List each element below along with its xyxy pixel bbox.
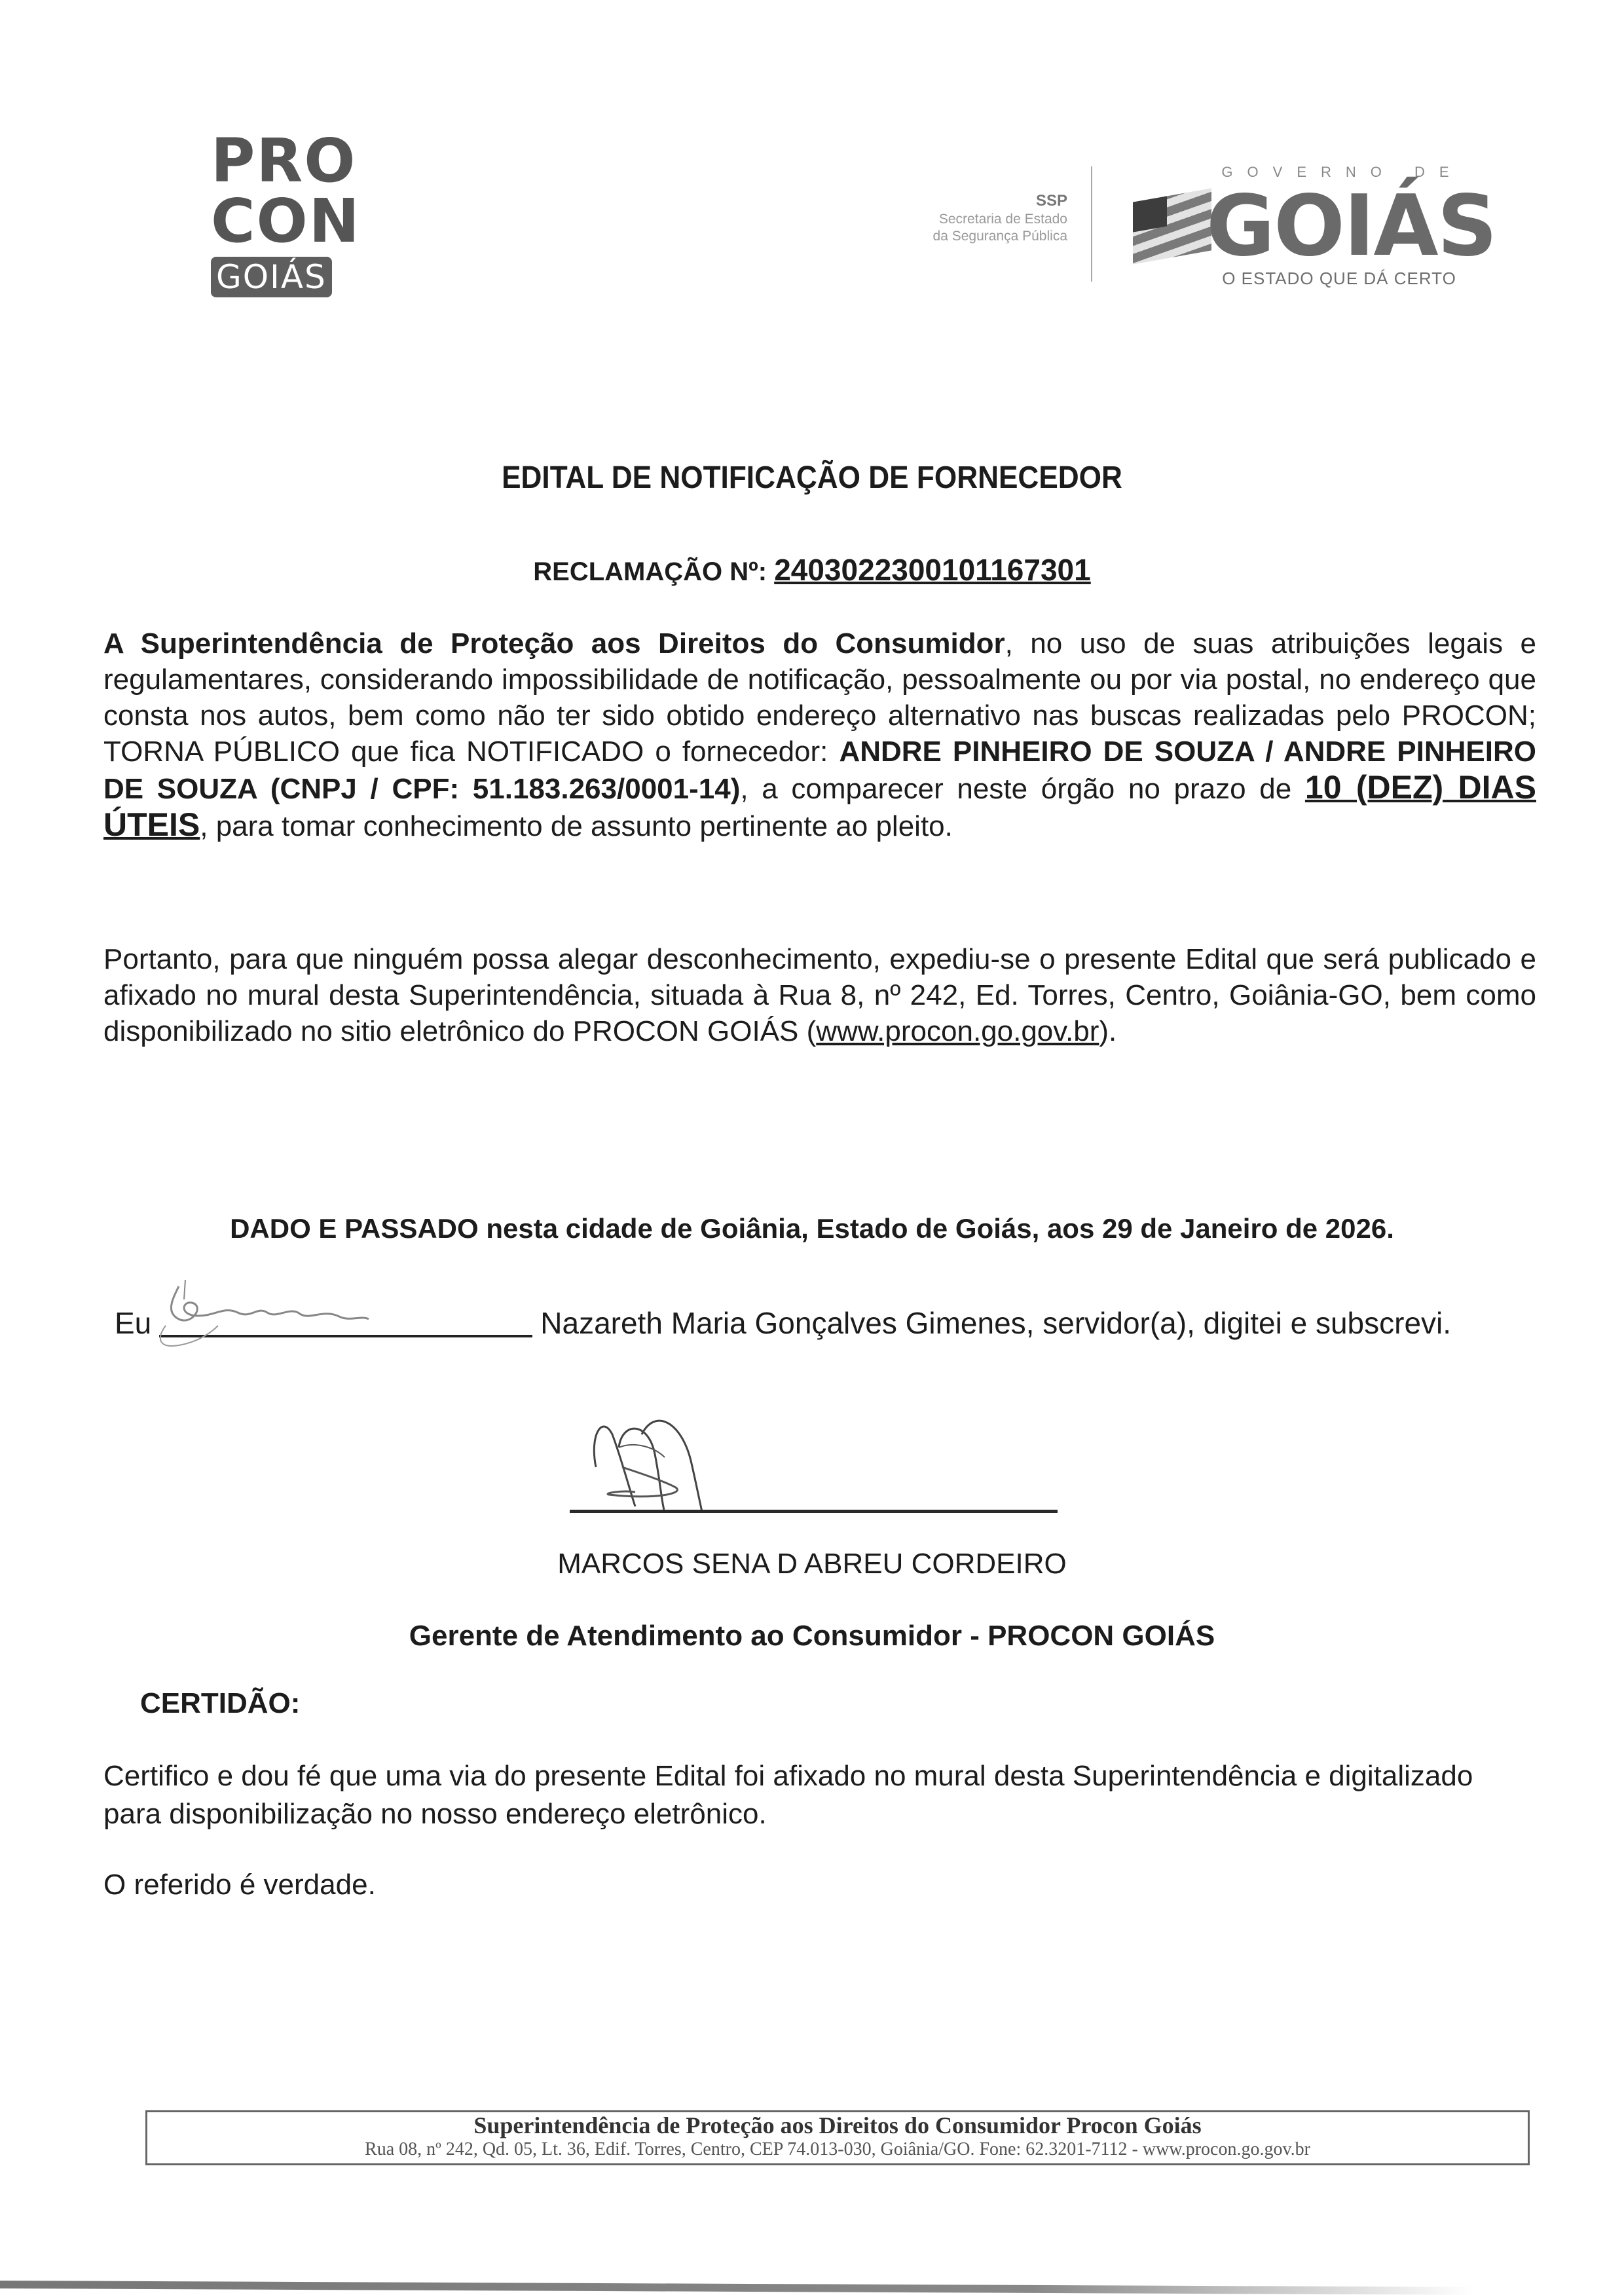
clerk-signature-line [159, 1306, 532, 1337]
procon-logo-line2: CON [211, 191, 368, 252]
publication-paragraph: Portanto, para que ninguém possa alegar … [103, 941, 1536, 1049]
typed-by-line: Eu Nazareth Maria Gonçalves Gimenes, ser… [115, 1305, 1451, 1341]
manager-signature-line [570, 1510, 1058, 1513]
certificate-closing: O referido é verdade. [103, 1867, 376, 1903]
footer-address: Rua 08, nº 242, Qd. 05, Lt. 36, Edif. To… [147, 2138, 1528, 2161]
given-rest: nesta cidade de Goiânia, Estado de Goiás… [479, 1213, 1394, 1244]
notification-paragraph: A Superintendência de Proteção aos Direi… [103, 625, 1536, 844]
certificate-heading: CERTIDÃO: [140, 1685, 300, 1722]
procon-logo-line1: PRO [211, 131, 368, 191]
footer-institution: Superintendência de Proteção aos Direito… [147, 2112, 1528, 2138]
given-bold: DADO E PASSADO [230, 1213, 479, 1244]
manager-signature-block [570, 1408, 1061, 1513]
ssp-name-line2: da Segurança Pública [877, 228, 1067, 245]
procon-goias-logo: PRO CON GOIÁS [211, 131, 368, 297]
typed-by-text: Nazareth Maria Gonçalves Gimenes, servid… [540, 1305, 1451, 1341]
ssp-name-line1: Secretaria de Estado [877, 211, 1067, 228]
document-title: EDITAL DE NOTIFICAÇÃO DE FORNECEDOR [65, 458, 1559, 498]
procon-logo-badge: GOIÁS [211, 257, 332, 297]
manager-signature-icon [583, 1408, 845, 1513]
ssp-logo: SSP Secretaria de Estado da Segurança Pú… [877, 191, 1067, 245]
scan-edge-shadow [0, 2281, 1473, 2295]
claim-number: 2403022300101167301 [774, 553, 1091, 587]
paragraph1-text-c: , para tomar conhecimento de assunto per… [200, 810, 953, 842]
footer-address-box: Superintendência de Proteção aos Direito… [145, 2110, 1530, 2165]
procon-website-link[interactable]: www.procon.go.gov.br [816, 1015, 1099, 1047]
logo-divider [1091, 166, 1092, 282]
paragraph2-text-b: ). [1099, 1015, 1116, 1047]
governo-goias-logo: GOVERNO DE GOIÁS O ESTADO QUE DÁ CERTO [1133, 164, 1500, 289]
place-and-date: DADO E PASSADO nesta cidade de Goiânia, … [0, 1210, 1624, 1247]
certificate-text: Certifico e dou fé que uma via do presen… [103, 1757, 1536, 1833]
ssp-abbr: SSP [877, 191, 1067, 211]
claim-label: RECLAMAÇÃO Nº: [533, 557, 767, 586]
paragraph1-text-b: , a comparecer neste órgão no prazo de [740, 773, 1305, 805]
goias-flag-icon [1133, 188, 1211, 264]
authority-name: A Superintendência de Proteção aos Direi… [103, 627, 1005, 660]
signatory-name: MARCOS SENA D ABREU CORDEIRO [0, 1546, 1624, 1582]
clerk-signature-icon [153, 1280, 441, 1352]
claim-number-line: RECLAMAÇÃO Nº: 2403022300101167301 [0, 550, 1624, 591]
signatory-role: Gerente de Atendimento ao Consumidor - P… [0, 1618, 1624, 1654]
typed-by-prefix: Eu [115, 1305, 151, 1341]
goias-wordmark: GOIÁS [1206, 181, 1496, 272]
